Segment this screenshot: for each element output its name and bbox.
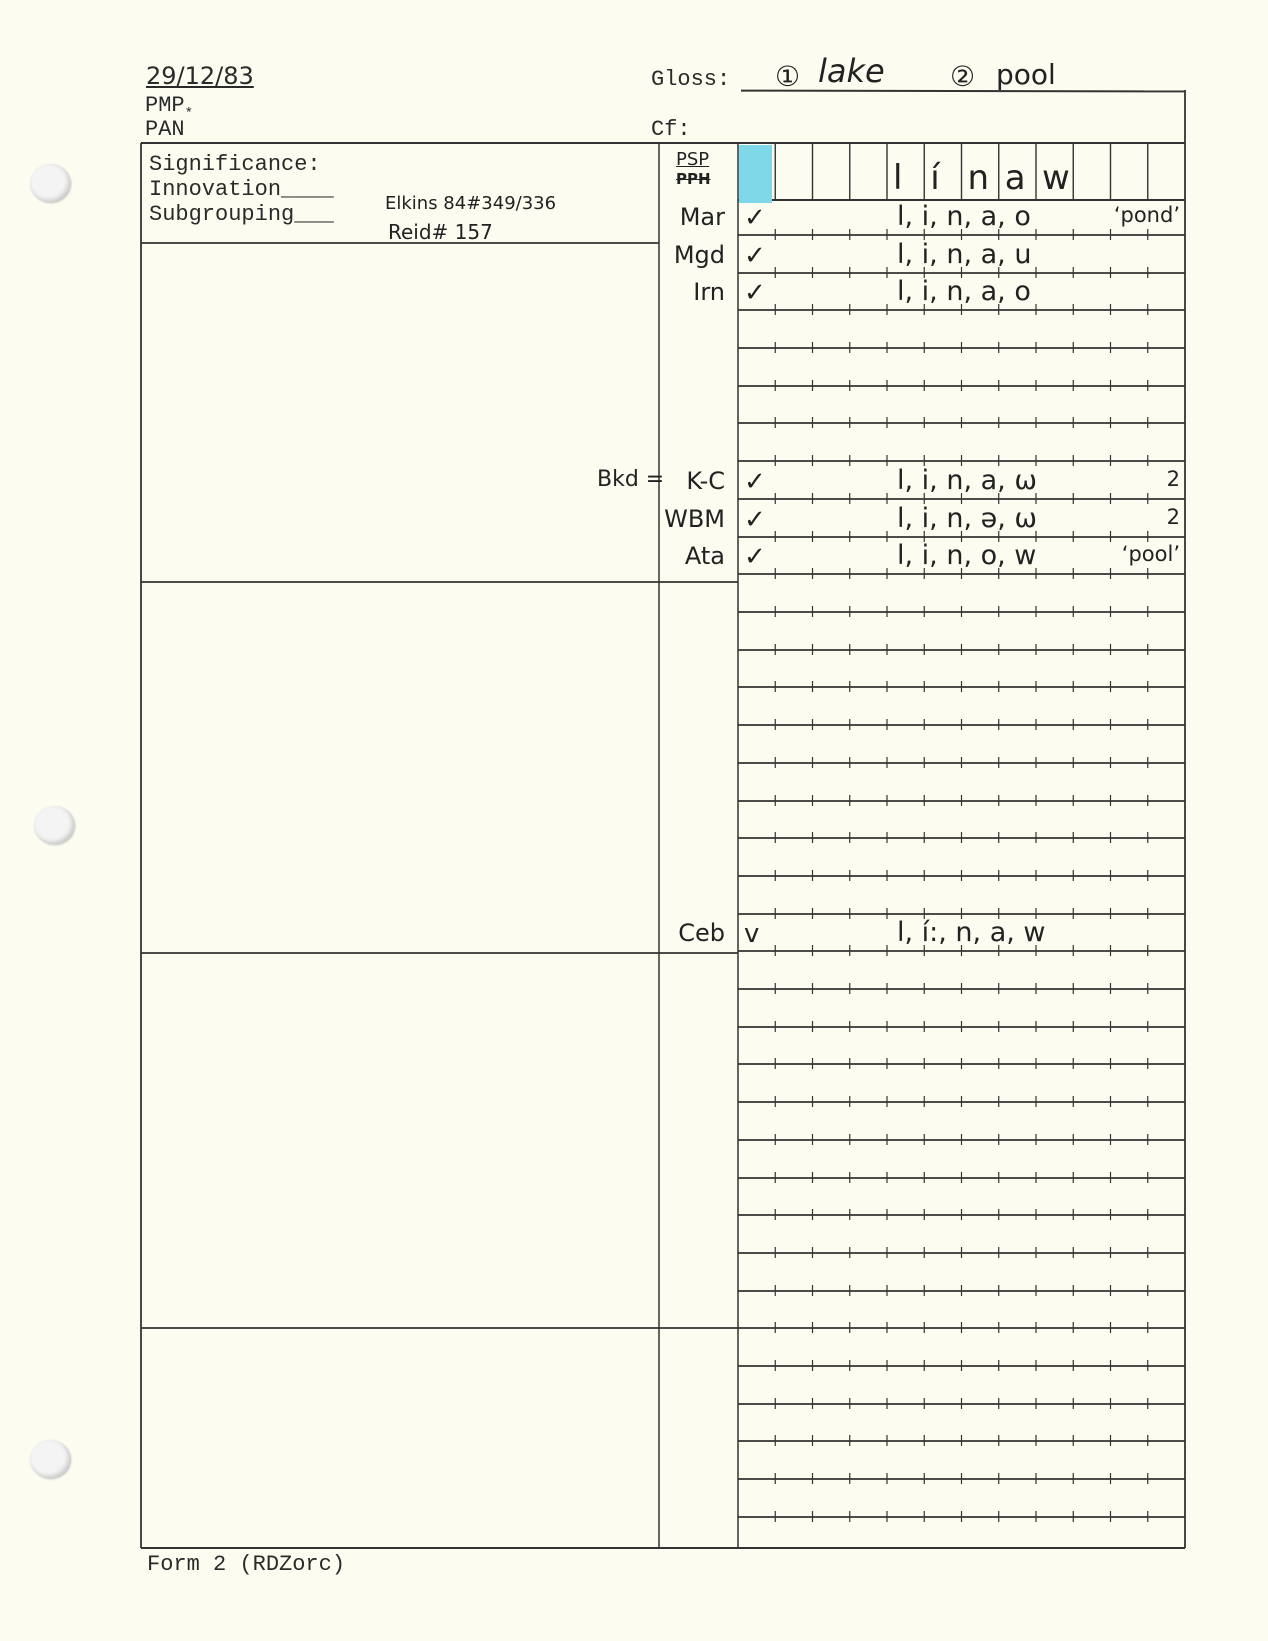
language-label: Mar [663,203,725,231]
reflex-form: l, í:, n, a, w [897,917,1046,948]
reflex-note: 2 [1167,467,1180,491]
reflex-form: l, i, n, a, u [897,239,1031,270]
proto-struck-label: PPH [676,170,711,188]
proto-label: PSP [676,149,709,170]
check-mark-icon: ✓ [744,278,766,308]
language-label: Ata [663,542,725,570]
reflex-note: ‘pond’ [1114,203,1180,227]
language-label: Mgd [663,241,725,269]
form-footer-label: Form 2 (RDZorc) [147,1553,345,1577]
check-mark-icon: v [744,919,759,949]
reflex-note: ‘pool’ [1122,542,1180,566]
check-mark-icon: ✓ [744,241,766,271]
proto-segment: í [930,158,939,198]
language-label: WBM [663,505,725,533]
check-mark-icon: ✓ [744,542,766,572]
reflex-form: l, i, n, ə, ω [897,503,1037,534]
check-mark-icon: ✓ [744,505,766,535]
reflex-form: l, i, n, a, o [897,276,1031,307]
proto-segment: a [1005,158,1026,198]
reflex-form: l, i, n, a, ω [897,465,1037,496]
check-mark-icon: ✓ [744,203,766,233]
form-grid [0,0,1268,1641]
reflex-form: l, i, n, a, o [897,201,1031,232]
language-label: Irn [663,278,725,306]
reflex-note: 2 [1167,505,1180,529]
check-mark-icon: ✓ [744,467,766,497]
proto-segment: n [968,158,990,198]
language-label: K-C [663,467,725,495]
proto-segment: w [1042,158,1070,198]
highlight-mark [739,145,772,203]
proto-segment: l [893,158,902,198]
reflex-form: l, i, n, o, w [897,540,1036,571]
cognate-prefix: Bkd = [597,467,664,492]
language-label: Ceb [663,919,725,947]
